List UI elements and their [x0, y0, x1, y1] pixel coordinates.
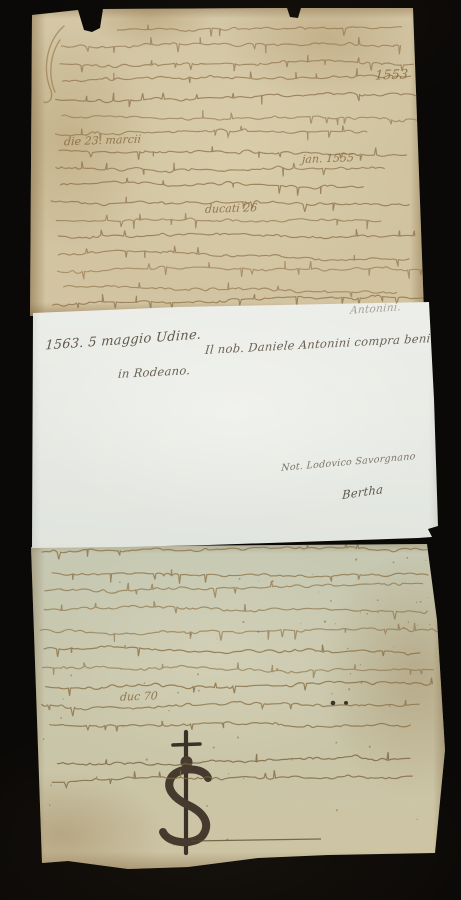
slip-date-place: 1563. 5 maggio Udine.: [45, 327, 202, 353]
script-line: [58, 246, 409, 266]
script-line: [44, 601, 427, 619]
parchment-speckle: [324, 621, 326, 623]
script-line: [42, 700, 419, 716]
parchment-speckle: [416, 819, 417, 820]
script-fragment: ducati 26: [205, 201, 258, 216]
parchment-speckle: [168, 710, 169, 711]
script-line: [63, 68, 411, 83]
parchment-speckle: [420, 601, 422, 603]
parchment-speckle: [330, 600, 332, 602]
parchment-speckle: [348, 688, 350, 690]
parchment-speckle: [313, 574, 314, 575]
parchment-speckle: [393, 562, 395, 564]
parchment-speckle: [163, 575, 165, 577]
parchment-speckle: [366, 613, 368, 615]
parchment-speckle: [237, 737, 239, 739]
parchment-speckle: [272, 580, 274, 582]
script-line: [117, 25, 401, 37]
script-line: [42, 662, 433, 678]
script-line: [44, 645, 420, 657]
script-line: [61, 37, 400, 54]
lower-script-svg: [28, 540, 450, 875]
parchment-speckle: [190, 634, 192, 636]
parchment-speckle: [242, 621, 244, 623]
parchment-speckle: [406, 557, 408, 559]
script-fragment: duc 70: [120, 689, 159, 703]
parchment-speckle: [173, 845, 174, 846]
parchment-speckle: [425, 560, 426, 561]
parchment-speckle: [335, 623, 336, 624]
parchment-speckle: [60, 717, 62, 719]
script-line: [60, 55, 414, 72]
script-line: [46, 678, 433, 696]
signum-underline: [191, 839, 321, 841]
parchment-speckle: [120, 669, 121, 670]
parchment-speckle: [213, 747, 215, 749]
parchment-speckle: [257, 631, 259, 633]
parchment-speckle: [389, 705, 391, 707]
script-fragment: 1553: [374, 67, 408, 83]
parchment-speckle: [228, 773, 229, 774]
parchment-speckle: [347, 648, 348, 649]
parchment-speckle: [336, 809, 338, 811]
parchment-speckle: [276, 668, 278, 670]
parchment-speckle: [124, 645, 126, 647]
script-line: [58, 752, 410, 765]
parchment-speckle: [393, 647, 394, 648]
script-line: [56, 93, 426, 107]
parchment-speckle: [369, 746, 371, 748]
slip-signature: Bertha: [342, 482, 384, 502]
parchment-speckle: [198, 690, 200, 692]
slip-regest-line1: Il nob. Daniele Antonini compra beni: [205, 331, 432, 357]
parchment-speckle: [319, 592, 320, 593]
script-line: [40, 623, 444, 642]
parchment-speckle: [70, 674, 72, 676]
ink-blot: [331, 701, 336, 706]
parchment-speckle: [144, 682, 146, 684]
signum-cross: [173, 744, 200, 745]
parchment-speckle: [206, 805, 208, 807]
parchment-speckle: [360, 664, 361, 665]
script-line: [52, 770, 412, 787]
upper-parchment: 1553 die 23. marcii jan. 1555 ducati 26: [30, 6, 426, 318]
parchment-speckle: [50, 785, 52, 787]
script-line: [50, 721, 410, 732]
parchment-speckle: [258, 581, 259, 582]
parchment-speckle: [331, 693, 332, 694]
parchment-speckle: [417, 625, 418, 626]
parchment-speckle: [408, 621, 409, 622]
script-line: [62, 110, 426, 125]
lower-parchment: duc 70: [28, 540, 450, 875]
script-line: [64, 282, 397, 297]
parchment-speckle: [122, 726, 123, 727]
script-line: [56, 213, 380, 229]
parchment-speckle: [49, 805, 50, 806]
parchment-speckle: [300, 623, 301, 624]
parchment-speckle: [119, 581, 121, 583]
parchment-speckle: [243, 778, 244, 779]
script-line: [45, 581, 423, 597]
script-line: [52, 569, 428, 583]
parchment-speckle: [177, 692, 179, 694]
parchment-speckle: [179, 769, 181, 771]
parchment-speckle: [146, 759, 148, 761]
slip-regest-line2: in Rodeano.: [117, 363, 191, 381]
parchment-speckle: [403, 627, 404, 628]
script-line: [57, 261, 426, 279]
script-line: [58, 229, 414, 238]
parchment-speckle: [377, 599, 379, 601]
parchment-speckle: [429, 624, 430, 625]
parchment-speckle: [360, 612, 361, 613]
parchment-speckle: [197, 673, 199, 675]
photograph: 1553 die 23. marcii jan. 1555 ducati 26 …: [0, 0, 461, 900]
parchment-speckle: [377, 612, 378, 613]
parchment-speckle: [63, 698, 64, 699]
parchment-speckle: [217, 638, 218, 639]
parchment-speckle: [291, 759, 292, 760]
parchment-speckle: [335, 742, 337, 744]
parchment-speckle: [43, 738, 45, 740]
parchment-speckle: [38, 790, 40, 792]
archival-slip: Antonini. 1563. 5 maggio Udine. Il nob. …: [28, 299, 441, 550]
parchment-speckle: [416, 602, 417, 603]
slip-notary-line: Not. Lodovico Savorgnano: [281, 451, 416, 474]
parchment-speckle: [239, 578, 241, 580]
upper-script-svg: [30, 6, 426, 318]
script-fragment: jan. 1555: [302, 151, 355, 166]
parchment-speckle: [355, 558, 357, 560]
parchment-speckle: [350, 673, 351, 674]
parchment-speckle: [226, 838, 228, 840]
script-fragment: die 23. marcii: [64, 133, 142, 149]
parchment-speckle: [361, 682, 363, 684]
script-line: [61, 178, 364, 196]
parchment-speckle: [96, 776, 98, 778]
slip-owner-name: Antonini.: [350, 301, 402, 317]
parchment-speckle: [428, 597, 429, 598]
